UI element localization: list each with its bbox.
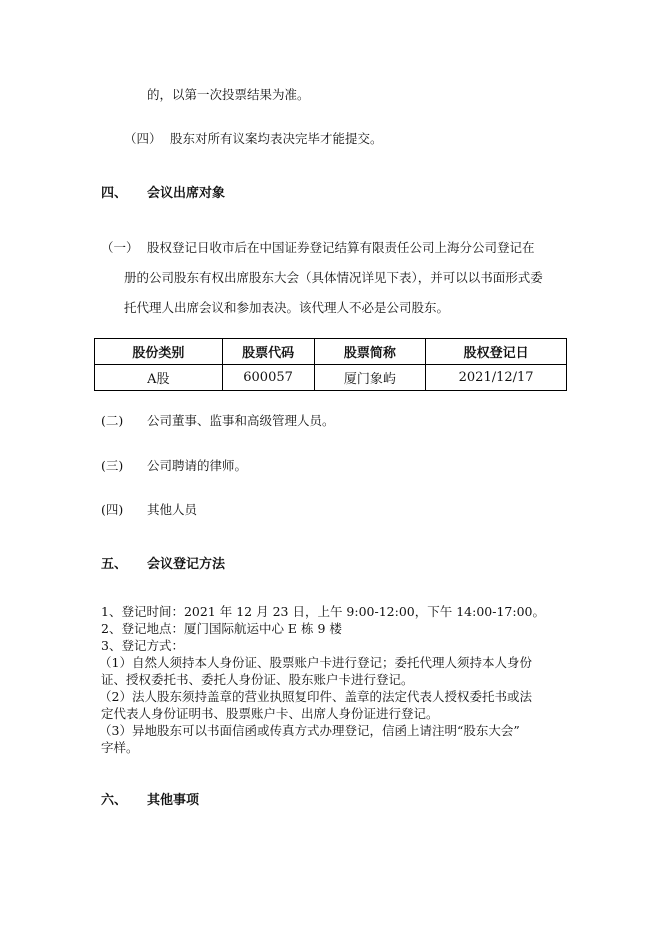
section-5-line-4: （1）自然人须持本人身份证、股票账户卡进行登记；委托代理人须持本人身份 — [99, 655, 532, 671]
voting-item-4-number: （四） — [124, 131, 162, 147]
section-4-item-1-number: （一） — [101, 240, 139, 256]
section-4-item-1-line-3: 托代理人出席会议和参加表决。该代理人不必是公司股东。 — [124, 300, 449, 316]
cell-stock-code: 600057 — [222, 365, 314, 391]
section-5-title: 会议登记方法 — [147, 557, 225, 573]
header-share-class: 股份类别 — [95, 339, 223, 365]
section-4-item-3-number: (三) — [101, 458, 123, 474]
cell-stock-name: 厦门象屿 — [314, 365, 426, 391]
table-header-row: 股份类别 股票代码 股票简称 股权登记日 — [95, 339, 567, 365]
section-4-item-2-number: (二) — [101, 413, 123, 429]
section-5-line-3: 3、登记方式： — [101, 638, 184, 654]
section-6-number: 六、 — [101, 793, 127, 809]
section-5-line-7: 定代表人身份证明书、股票账户卡、出席人身份证进行登记。 — [101, 706, 439, 722]
header-record-date: 股权登记日 — [426, 339, 567, 365]
table-row: A股 600057 厦门象屿 2021/12/17 — [95, 365, 567, 391]
section-4-item-2-text: 公司董事、监事和高级管理人员。 — [147, 413, 335, 429]
voting-item-4-text: 股东对所有议案均表决完毕才能提交。 — [170, 131, 383, 147]
section-5-line-8: （3）异地股东可以书面信函或传真方式办理登记，信函上请注明“股东大会” — [99, 723, 520, 739]
continued-paragraph: 的，以第一次投票结果为准。 — [147, 87, 310, 103]
registration-table: 股份类别 股票代码 股票简称 股权登记日 A股 600057 厦门象屿 2021… — [94, 338, 567, 391]
section-5-line-1: 1、登记时间：2021 年 12 月 23 日，上午 9:00-12:00，下午… — [101, 604, 545, 620]
header-stock-code: 股票代码 — [222, 339, 314, 365]
section-5-line-6: （2）法人股东须持盖章的营业执照复印件、盖章的法定代表人授权委托书或法 — [99, 689, 532, 705]
section-4-item-3-text: 公司聘请的律师。 — [147, 458, 247, 474]
cell-share-class: A股 — [95, 365, 223, 391]
section-5-line-5: 证、授权委托书、委托人身份证、股东账户卡进行登记。 — [101, 672, 414, 688]
section-6-title: 其他事项 — [147, 793, 199, 809]
header-stock-name: 股票简称 — [314, 339, 426, 365]
section-4-number: 四、 — [101, 186, 127, 202]
section-5-line-2: 2、登记地点：厦门国际航运中心 E 栋 9 楼 — [101, 621, 342, 637]
section-4-title: 会议出席对象 — [147, 186, 225, 202]
section-4-item-4-text: 其他人员 — [147, 502, 197, 518]
section-4-item-4-number: (四) — [101, 502, 123, 518]
section-4-item-1-line-2: 册的公司股东有权出席股东大会（具体情况详见下表），并可以以书面形式委 — [124, 270, 543, 286]
section-4-item-1-line-1: 股权登记日收市后在中国证券登记结算有限责任公司上海分公司登记在 — [147, 240, 535, 256]
cell-record-date: 2021/12/17 — [426, 365, 567, 391]
section-5-line-9: 字样。 — [101, 740, 139, 756]
section-5-number: 五、 — [101, 557, 127, 573]
